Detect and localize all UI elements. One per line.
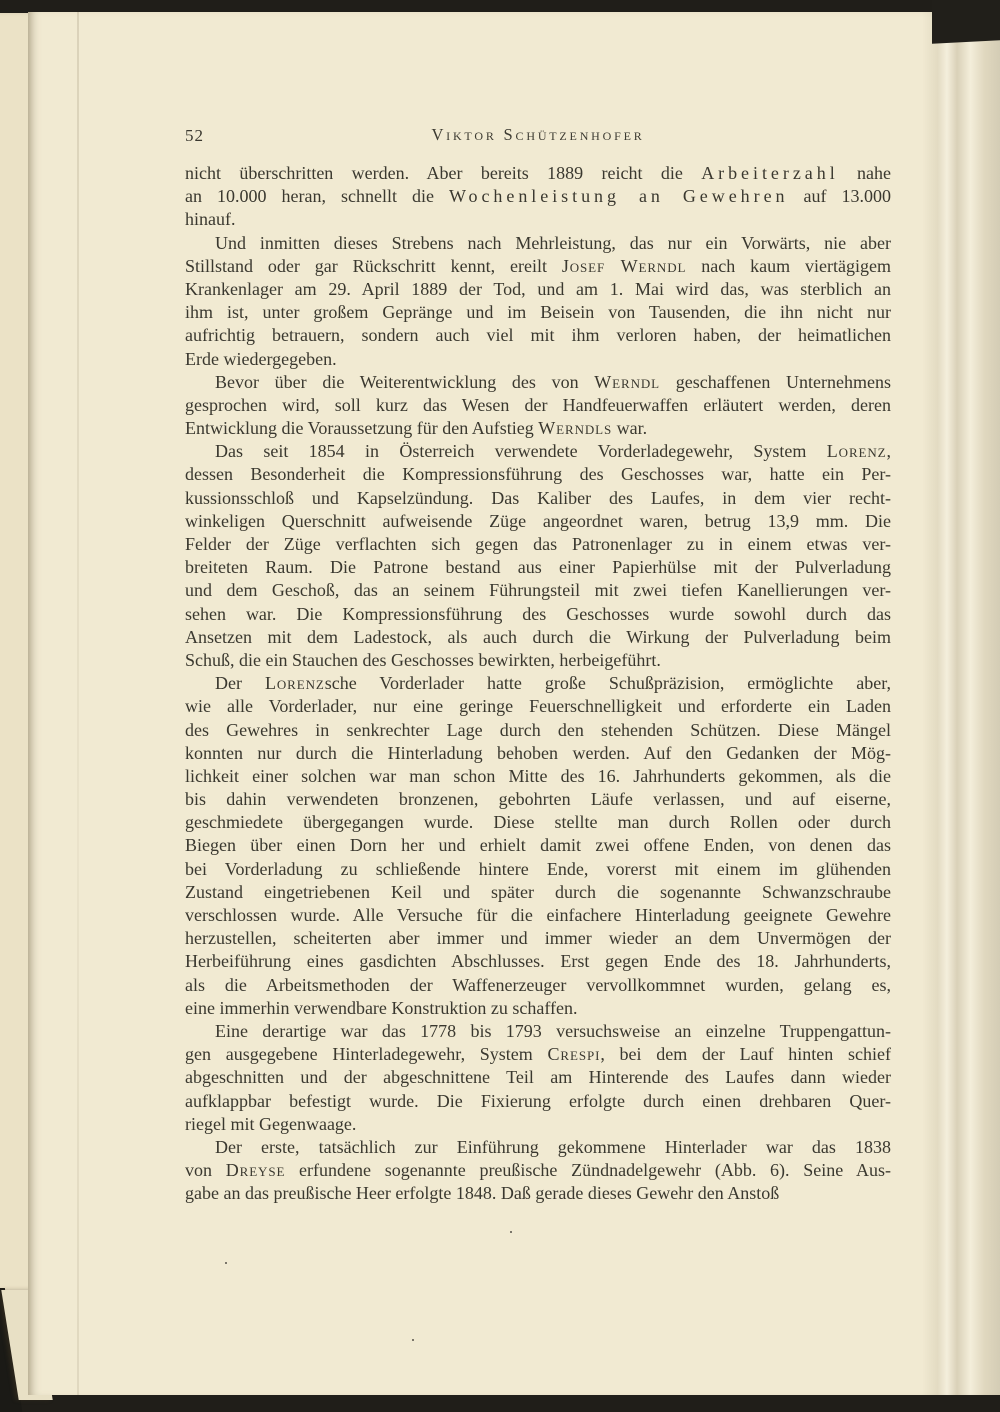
text-line: Eine derartige war das 1778 bis 1793 ver… (185, 1020, 891, 1043)
text-segment: Entwicklung die Voraussetzung für den Au… (185, 418, 538, 438)
text-line: von Dreyse erfundene sogenannte preußisc… (185, 1159, 891, 1182)
paragraph: Der erste, tatsächlich zur Einführung ge… (185, 1136, 891, 1206)
text-segment: lichkeit einer solchen war man schon Mit… (185, 766, 891, 786)
text-segment: verschlossen wurde. Alle Versuche für di… (185, 905, 891, 925)
paragraph: Und inmitten dieses Strebens nach Mehrle… (185, 232, 891, 371)
text-line: bis dahin verwendeten bronzenen, gebohrt… (185, 788, 891, 811)
text-line: Schuß, die ein Stauchen des Geschosses b… (185, 649, 891, 672)
paper-speck (412, 1339, 414, 1341)
person-name: Dreyse (226, 1160, 286, 1180)
text-line: als die Arbeitsmethoden der Waffenerzeug… (185, 974, 891, 997)
text-segment: des Gewehres in senkrechter Lage durch d… (185, 720, 891, 740)
text-line: Herbeiführung eines gasdichten Abschluss… (185, 950, 891, 973)
text-segment: Schuß, die ein Stauchen des Geschosses b… (185, 650, 661, 670)
person-name: Lorenz (827, 441, 887, 461)
text-line: ihm ist, unter großem Gepränge und im Be… (185, 301, 891, 324)
text-segment: erfundene sogenannte preußische Zündnade… (285, 1160, 891, 1180)
text-segment: , bei dem der Lauf hinten schief (600, 1044, 891, 1064)
text-segment: Der (215, 673, 265, 693)
text-segment: eine immerhin verwendbare Konstruktion z… (185, 998, 578, 1018)
text-line: Bevor über die Weiterentwicklung des von… (185, 371, 891, 394)
running-title: Viktor Schützenhofer (185, 125, 891, 145)
text-line: Stillstand oder gar Rückschritt kennt, e… (185, 255, 891, 278)
paragraph: Der Lorenzsche Vorderlader hatte große S… (185, 672, 891, 1020)
text-line: an 10.000 heran, schnellt die Wochenleis… (185, 185, 891, 208)
text-segment: gesprochen wird, soll kurz das Wesen der… (185, 395, 891, 415)
text-line: nicht überschritten werden. Aber bereits… (185, 162, 891, 185)
text-line: geschmiedete übergegangen wurde. Diese s… (185, 811, 891, 834)
text-segment: Felder der Züge verflachten sich gegen d… (185, 534, 891, 554)
person-name: Josef Werndl (562, 256, 687, 276)
text-line: kussionsschloß und Kapselzündung. Das Ka… (185, 487, 891, 510)
text-line: gesprochen wird, soll kurz das Wesen der… (185, 394, 891, 417)
text-line: aufklappbar befestigt wurde. Die Fixieru… (185, 1090, 891, 1113)
page-fold-shading (922, 12, 1000, 1395)
text-line: gen ausgegebene Hinterladegewehr, System… (185, 1043, 891, 1066)
text-segment: als die Arbeitsmethoden der Waffenerzeug… (185, 975, 891, 995)
text-segment: von (185, 1160, 226, 1180)
text-line: Der Lorenzsche Vorderlader hatte große S… (185, 672, 891, 695)
text-line: Das seit 1854 in Österreich verwendete V… (185, 440, 891, 463)
text-segment: Arbeiterzahl (701, 163, 838, 183)
text-segment: Eine derartige war das 1778 bis 1793 ver… (215, 1021, 891, 1041)
text-line: aufrichtig betrauern, sondern auch viel … (185, 324, 891, 347)
text-segment: herzustellen, scheiterten aber immer und… (185, 928, 891, 948)
text-line: Krankenlager am 29. April 1889 der Tod, … (185, 278, 891, 301)
text-segment: sche Vorderlader hatte große Schußpräzis… (325, 673, 891, 693)
text-segment: abgeschnitten und der abgeschnittene Tei… (185, 1067, 891, 1087)
text-segment: Stillstand oder gar Rückschritt kennt, e… (185, 256, 562, 276)
text-line: gabe an das preußische Heer erfolgte 184… (185, 1182, 891, 1205)
text-line: Biegen über einen Dorn her und erhielt d… (185, 834, 891, 857)
person-name: Werndl (594, 372, 660, 392)
text-segment: gen ausgegebene Hinterladegewehr, System (185, 1044, 548, 1064)
text-segment: ihm ist, unter großem Gepränge und im Be… (185, 302, 891, 322)
page-crease (77, 12, 79, 1395)
text-segment: Ansetzen mit dem Ladestock, als auch dur… (185, 627, 891, 647)
text-segment: gabe an das preußische Heer erfolgte 184… (185, 1183, 779, 1203)
text-segment: , (887, 441, 892, 461)
text-line: Felder der Züge verflachten sich gegen d… (185, 533, 891, 556)
person-name: Crespi (548, 1044, 601, 1064)
body-text: nicht überschritten werden. Aber bereits… (185, 162, 891, 1205)
text-segment: kussionsschloß und Kapselzündung. Das Ka… (185, 488, 891, 508)
text-line: Der erste, tatsächlich zur Einführung ge… (185, 1136, 891, 1159)
text-segment: sehen war. Die Kompressionsführung des G… (185, 604, 891, 624)
text-segment: Das seit 1854 in Österreich verwendete V… (215, 441, 827, 461)
text-line: Und inmitten dieses Strebens nach Mehrle… (185, 232, 891, 255)
text-segment: breiteten Raum. Die Patrone bestand aus … (185, 557, 891, 577)
person-name: Werndls (538, 418, 612, 438)
text-segment: dessen Besonderheit die Kompressionsführ… (185, 464, 891, 484)
text-segment: nahe (839, 163, 891, 183)
text-segment: auf 13.000 (788, 186, 891, 206)
text-line: hinauf. (185, 208, 891, 231)
text-segment: nach kaum viertägigem (686, 256, 891, 276)
paragraph: Bevor über die Weiterentwicklung des von… (185, 371, 891, 441)
paragraph: Eine derartige war das 1778 bis 1793 ver… (185, 1020, 891, 1136)
paper-speck (225, 1262, 227, 1264)
text-segment: nicht überschritten werden. Aber bereits… (185, 163, 701, 183)
scanned-book-page: 52 Viktor Schützenhofer nicht überschrit… (0, 0, 1000, 1412)
text-segment: Wochenleistung an Gewehren (449, 186, 788, 206)
text-segment: bis dahin verwendeten bronzenen, gebohrt… (185, 789, 891, 809)
page-number: 52 (185, 126, 204, 146)
paper-speck (510, 1231, 512, 1233)
person-name: Lorenz (265, 673, 325, 693)
text-line: Ansetzen mit dem Ladestock, als auch dur… (185, 626, 891, 649)
text-segment: an 10.000 heran, schnellt die (185, 186, 449, 206)
text-line: des Gewehres in senkrechter Lage durch d… (185, 719, 891, 742)
top-right-dark-corner (932, 0, 1000, 44)
text-line: breiteten Raum. Die Patrone bestand aus … (185, 556, 891, 579)
text-segment: Und inmitten dieses Strebens nach Mehrle… (215, 233, 891, 253)
text-segment: und dem Geschoß, das an seinem Führungst… (185, 580, 891, 600)
text-segment: Zustand eingetriebenen Keil und später d… (185, 882, 891, 902)
text-line: eine immerhin verwendbare Konstruktion z… (185, 997, 891, 1020)
text-segment: war. (612, 418, 647, 438)
paragraph: nicht überschritten werden. Aber bereits… (185, 162, 891, 232)
text-line: winkeligen Querschnitt aufweisende Züge … (185, 510, 891, 533)
text-segment: aufklappbar befestigt wurde. Die Fixieru… (185, 1091, 891, 1111)
text-segment: geschaffenen Unternehmens (660, 372, 891, 392)
text-line: konnten nur durch die Hinterladung behob… (185, 742, 891, 765)
text-line: Entwicklung die Voraussetzung für den Au… (185, 417, 891, 440)
text-segment: Krankenlager am 29. April 1889 der Tod, … (185, 279, 891, 299)
text-line: verschlossen wurde. Alle Versuche für di… (185, 904, 891, 927)
text-line: dessen Besonderheit die Kompressionsführ… (185, 463, 891, 486)
text-segment: riegel mit Gegenwaage. (185, 1114, 356, 1134)
text-line: wie alle Vorderlader, nur eine geringe F… (185, 695, 891, 718)
text-segment: aufrichtig betrauern, sondern auch viel … (185, 325, 891, 345)
text-segment: wie alle Vorderlader, nur eine geringe F… (185, 696, 891, 716)
text-line: Erde wiedergegeben. (185, 348, 891, 371)
text-segment: bei Vorderladung zu schließende hintere … (185, 859, 891, 879)
text-segment: hinauf. (185, 209, 235, 229)
paragraph: Das seit 1854 in Österreich verwendete V… (185, 440, 891, 672)
text-line: riegel mit Gegenwaage. (185, 1113, 891, 1136)
text-segment: Herbeiführung eines gasdichten Abschluss… (185, 951, 891, 971)
book-page: 52 Viktor Schützenhofer nicht überschrit… (28, 12, 1000, 1395)
text-segment: konnten nur durch die Hinterladung behob… (185, 743, 891, 763)
text-line: und dem Geschoß, das an seinem Führungst… (185, 579, 891, 602)
text-line: Zustand eingetriebenen Keil und später d… (185, 881, 891, 904)
text-line: bei Vorderladung zu schließende hintere … (185, 858, 891, 881)
text-segment: geschmiedete übergegangen wurde. Diese s… (185, 812, 891, 832)
text-segment: Der erste, tatsächlich zur Einführung ge… (215, 1137, 891, 1157)
text-line: herzustellen, scheiterten aber immer und… (185, 927, 891, 950)
text-line: abgeschnitten und der abgeschnittene Tei… (185, 1066, 891, 1089)
text-segment: Biegen über einen Dorn her und erhielt d… (185, 835, 891, 855)
text-segment: Bevor über die Weiterentwicklung des von (215, 372, 594, 392)
page-header: 52 Viktor Schützenhofer (185, 125, 891, 149)
text-segment: Erde wiedergegeben. (185, 349, 337, 369)
text-line: sehen war. Die Kompressionsführung des G… (185, 603, 891, 626)
text-line: lichkeit einer solchen war man schon Mit… (185, 765, 891, 788)
text-segment: winkeligen Querschnitt aufweisende Züge … (185, 511, 891, 531)
